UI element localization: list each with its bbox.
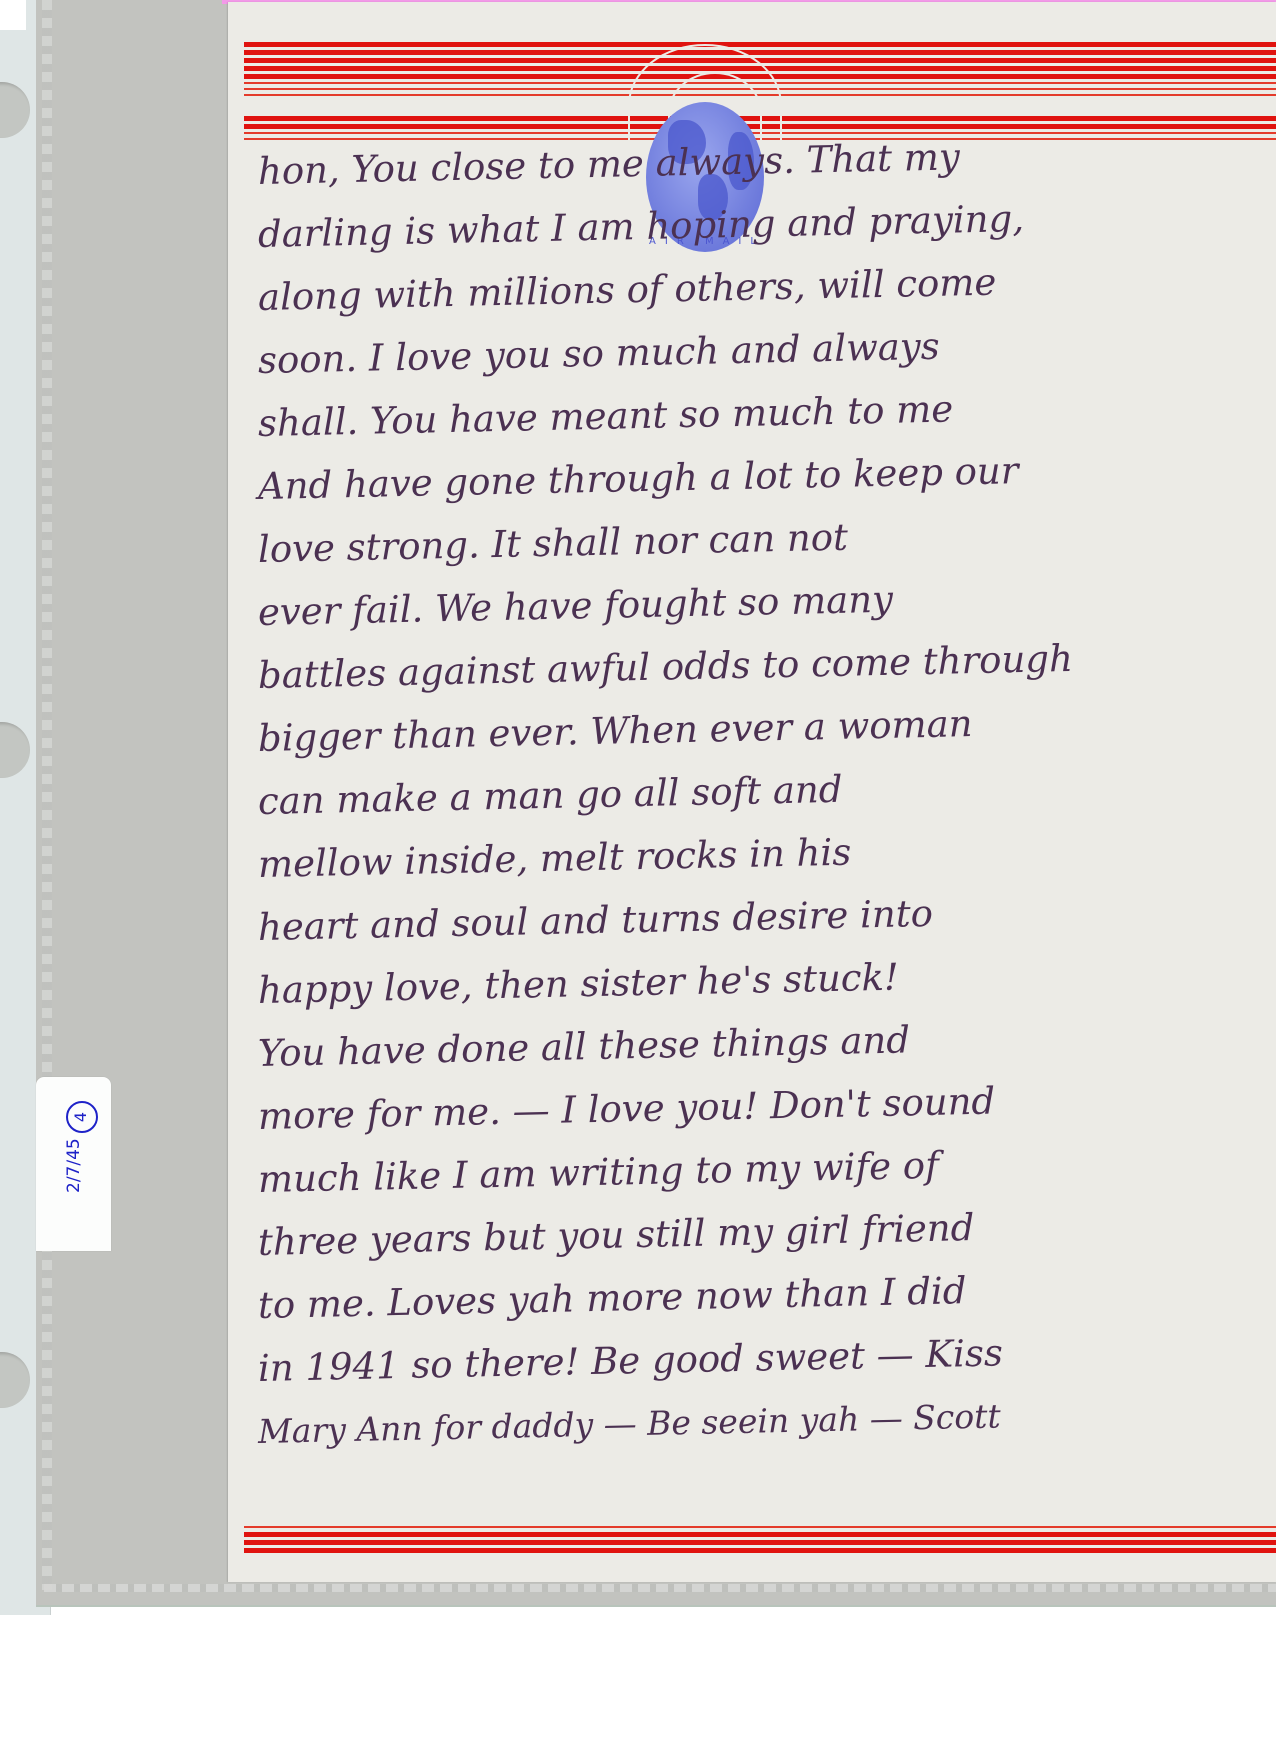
- page-number-badge: 4: [66, 1101, 98, 1133]
- handwritten-letter-body: hon, You close to me always. That my dar…: [258, 140, 1268, 1463]
- binder-corner: [0, 0, 26, 30]
- sleeve-perforation-horizontal: [44, 1584, 1276, 1592]
- sleeve-perforation-vertical: [42, 0, 52, 1590]
- letterhead-stripes-bottom: [244, 1526, 1276, 1556]
- airmail-letter-page: AIR MAIL hon, You close to me always. Th…: [228, 2, 1276, 1582]
- index-label: 4 2/7/45: [36, 1077, 111, 1251]
- date-label: 2/7/45: [64, 1133, 84, 1193]
